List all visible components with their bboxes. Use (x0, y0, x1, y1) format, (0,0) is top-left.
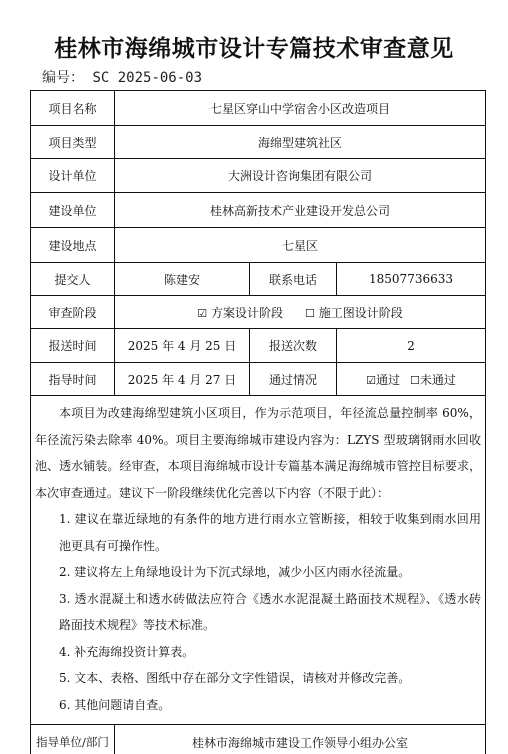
label-submit-count: 报送次数 (250, 329, 337, 363)
row-guidance-time: 指导时间 2025 年 4 月 27 日 通过情况 ☑通过☐未通过 (31, 363, 486, 396)
label-project-type: 项目类型 (31, 126, 115, 159)
checked-box-icon: ☑ (197, 307, 207, 320)
review-form-table: 项目名称 七星区穿山中学宿舍小区改造项目 项目类型 海绵型建筑社区 设计单位 大… (30, 90, 486, 754)
checkbox-scheme-design[interactable]: ☑ 方案设计阶段 (197, 306, 283, 320)
value-design-unit: 大洲设计咨询集团有限公司 (115, 159, 486, 193)
value-contact-phone: 18507736633 (337, 263, 486, 296)
row-review-stage: 审查阶段 ☑ 方案设计阶段☐ 施工图设计阶段 (31, 296, 486, 329)
document-title: 桂林市海绵城市设计专篇技术审查意见 (0, 30, 508, 63)
value-submit-time: 2025 年 4 月 25 日 (115, 329, 250, 363)
label-contact-phone: 联系电话 (250, 263, 337, 296)
opinion-item-4: 4. 补充海绵投资计算表。 (35, 639, 481, 666)
option-label: 通过 (376, 373, 400, 387)
unchecked-box-icon: ☐ (305, 307, 315, 320)
row-construction-unit: 建设单位 桂林高新技术产业建设开发总公司 (31, 193, 486, 228)
row-opinion: 本项目为改建海绵型建筑小区项目，作为示范项目，年径流总量控制率 60%，年径流污… (31, 396, 486, 725)
checkbox-passed[interactable]: ☑通过 (366, 373, 400, 387)
label-submit-time: 报送时间 (31, 329, 115, 363)
opinion-item-3: 3. 透水混凝土和透水砖做法应符合《透水水泥混凝土路面技术规程》、《透水砖路面技… (35, 586, 481, 639)
row-guidance-unit: 指导单位/部门 桂林市海绵城市建设工作领导小组办公室 (31, 725, 486, 754)
opinion-item-2: 2. 建议将左上角绿地设计为下沉式绿地，减少小区内雨水径流量。 (35, 559, 481, 586)
label-construction-site: 建设地点 (31, 228, 115, 263)
opinion-item-5: 5. 文本、表格、图纸中存在部分文字性错误，请核对并修改完善。 (35, 665, 481, 692)
opinion-item-1: 1. 建议在靠近绿地的有条件的地方进行雨水立管断接，相较于收集到雨水回用池更具有… (35, 506, 481, 559)
review-opinion: 本项目为改建海绵型建筑小区项目，作为示范项目，年径流总量控制率 60%，年径流污… (31, 396, 486, 725)
value-project-name: 七星区穿山中学宿舍小区改造项目 (115, 91, 486, 126)
label-construction-unit: 建设单位 (31, 193, 115, 228)
review-stage-options: ☑ 方案设计阶段☐ 施工图设计阶段 (115, 296, 486, 329)
unchecked-box-icon: ☐ (410, 374, 420, 387)
row-submitter: 提交人 陈建安 联系电话 18507736633 (31, 263, 486, 296)
value-guidance-unit: 桂林市海绵城市建设工作领导小组办公室 (115, 725, 486, 754)
row-design-unit: 设计单位 大洲设计咨询集团有限公司 (31, 159, 486, 193)
opinion-item-6: 6. 其他问题请自查。 (35, 692, 481, 719)
label-guidance-unit: 指导单位/部门 (31, 725, 115, 754)
value-submit-count: 2 (337, 329, 486, 363)
value-construction-unit: 桂林高新技术产业建设开发总公司 (115, 193, 486, 228)
option-label: 方案设计阶段 (211, 306, 283, 320)
pass-status-options: ☑通过☐未通过 (337, 363, 486, 396)
value-guidance-time: 2025 年 4 月 27 日 (115, 363, 250, 396)
document-number: 编号： SC 2025-06-03 (42, 67, 202, 87)
row-project-name: 项目名称 七星区穿山中学宿舍小区改造项目 (31, 91, 486, 126)
checkbox-construction-drawing[interactable]: ☐ 施工图设计阶段 (305, 306, 403, 320)
checkbox-not-passed[interactable]: ☐未通过 (410, 373, 456, 387)
label-guidance-time: 指导时间 (31, 363, 115, 396)
label-pass-status: 通过情况 (250, 363, 337, 396)
doc-number-value: SC 2025-06-03 (92, 70, 202, 86)
option-label: 施工图设计阶段 (319, 306, 403, 320)
label-design-unit: 设计单位 (31, 159, 115, 193)
doc-number-label: 编号： (42, 70, 84, 86)
row-construction-site: 建设地点 七星区 (31, 228, 486, 263)
label-project-name: 项目名称 (31, 91, 115, 126)
checked-box-icon: ☑ (366, 374, 376, 387)
value-submitter: 陈建安 (115, 263, 250, 296)
value-project-type: 海绵型建筑社区 (115, 126, 486, 159)
value-construction-site: 七星区 (115, 228, 486, 263)
row-submit-time: 报送时间 2025 年 4 月 25 日 报送次数 2 (31, 329, 486, 363)
label-submitter: 提交人 (31, 263, 115, 296)
option-label: 未通过 (420, 373, 456, 387)
label-review-stage: 审查阶段 (31, 296, 115, 329)
row-project-type: 项目类型 海绵型建筑社区 (31, 126, 486, 159)
opinion-intro: 本项目为改建海绵型建筑小区项目，作为示范项目，年径流总量控制率 60%，年径流污… (35, 400, 481, 506)
